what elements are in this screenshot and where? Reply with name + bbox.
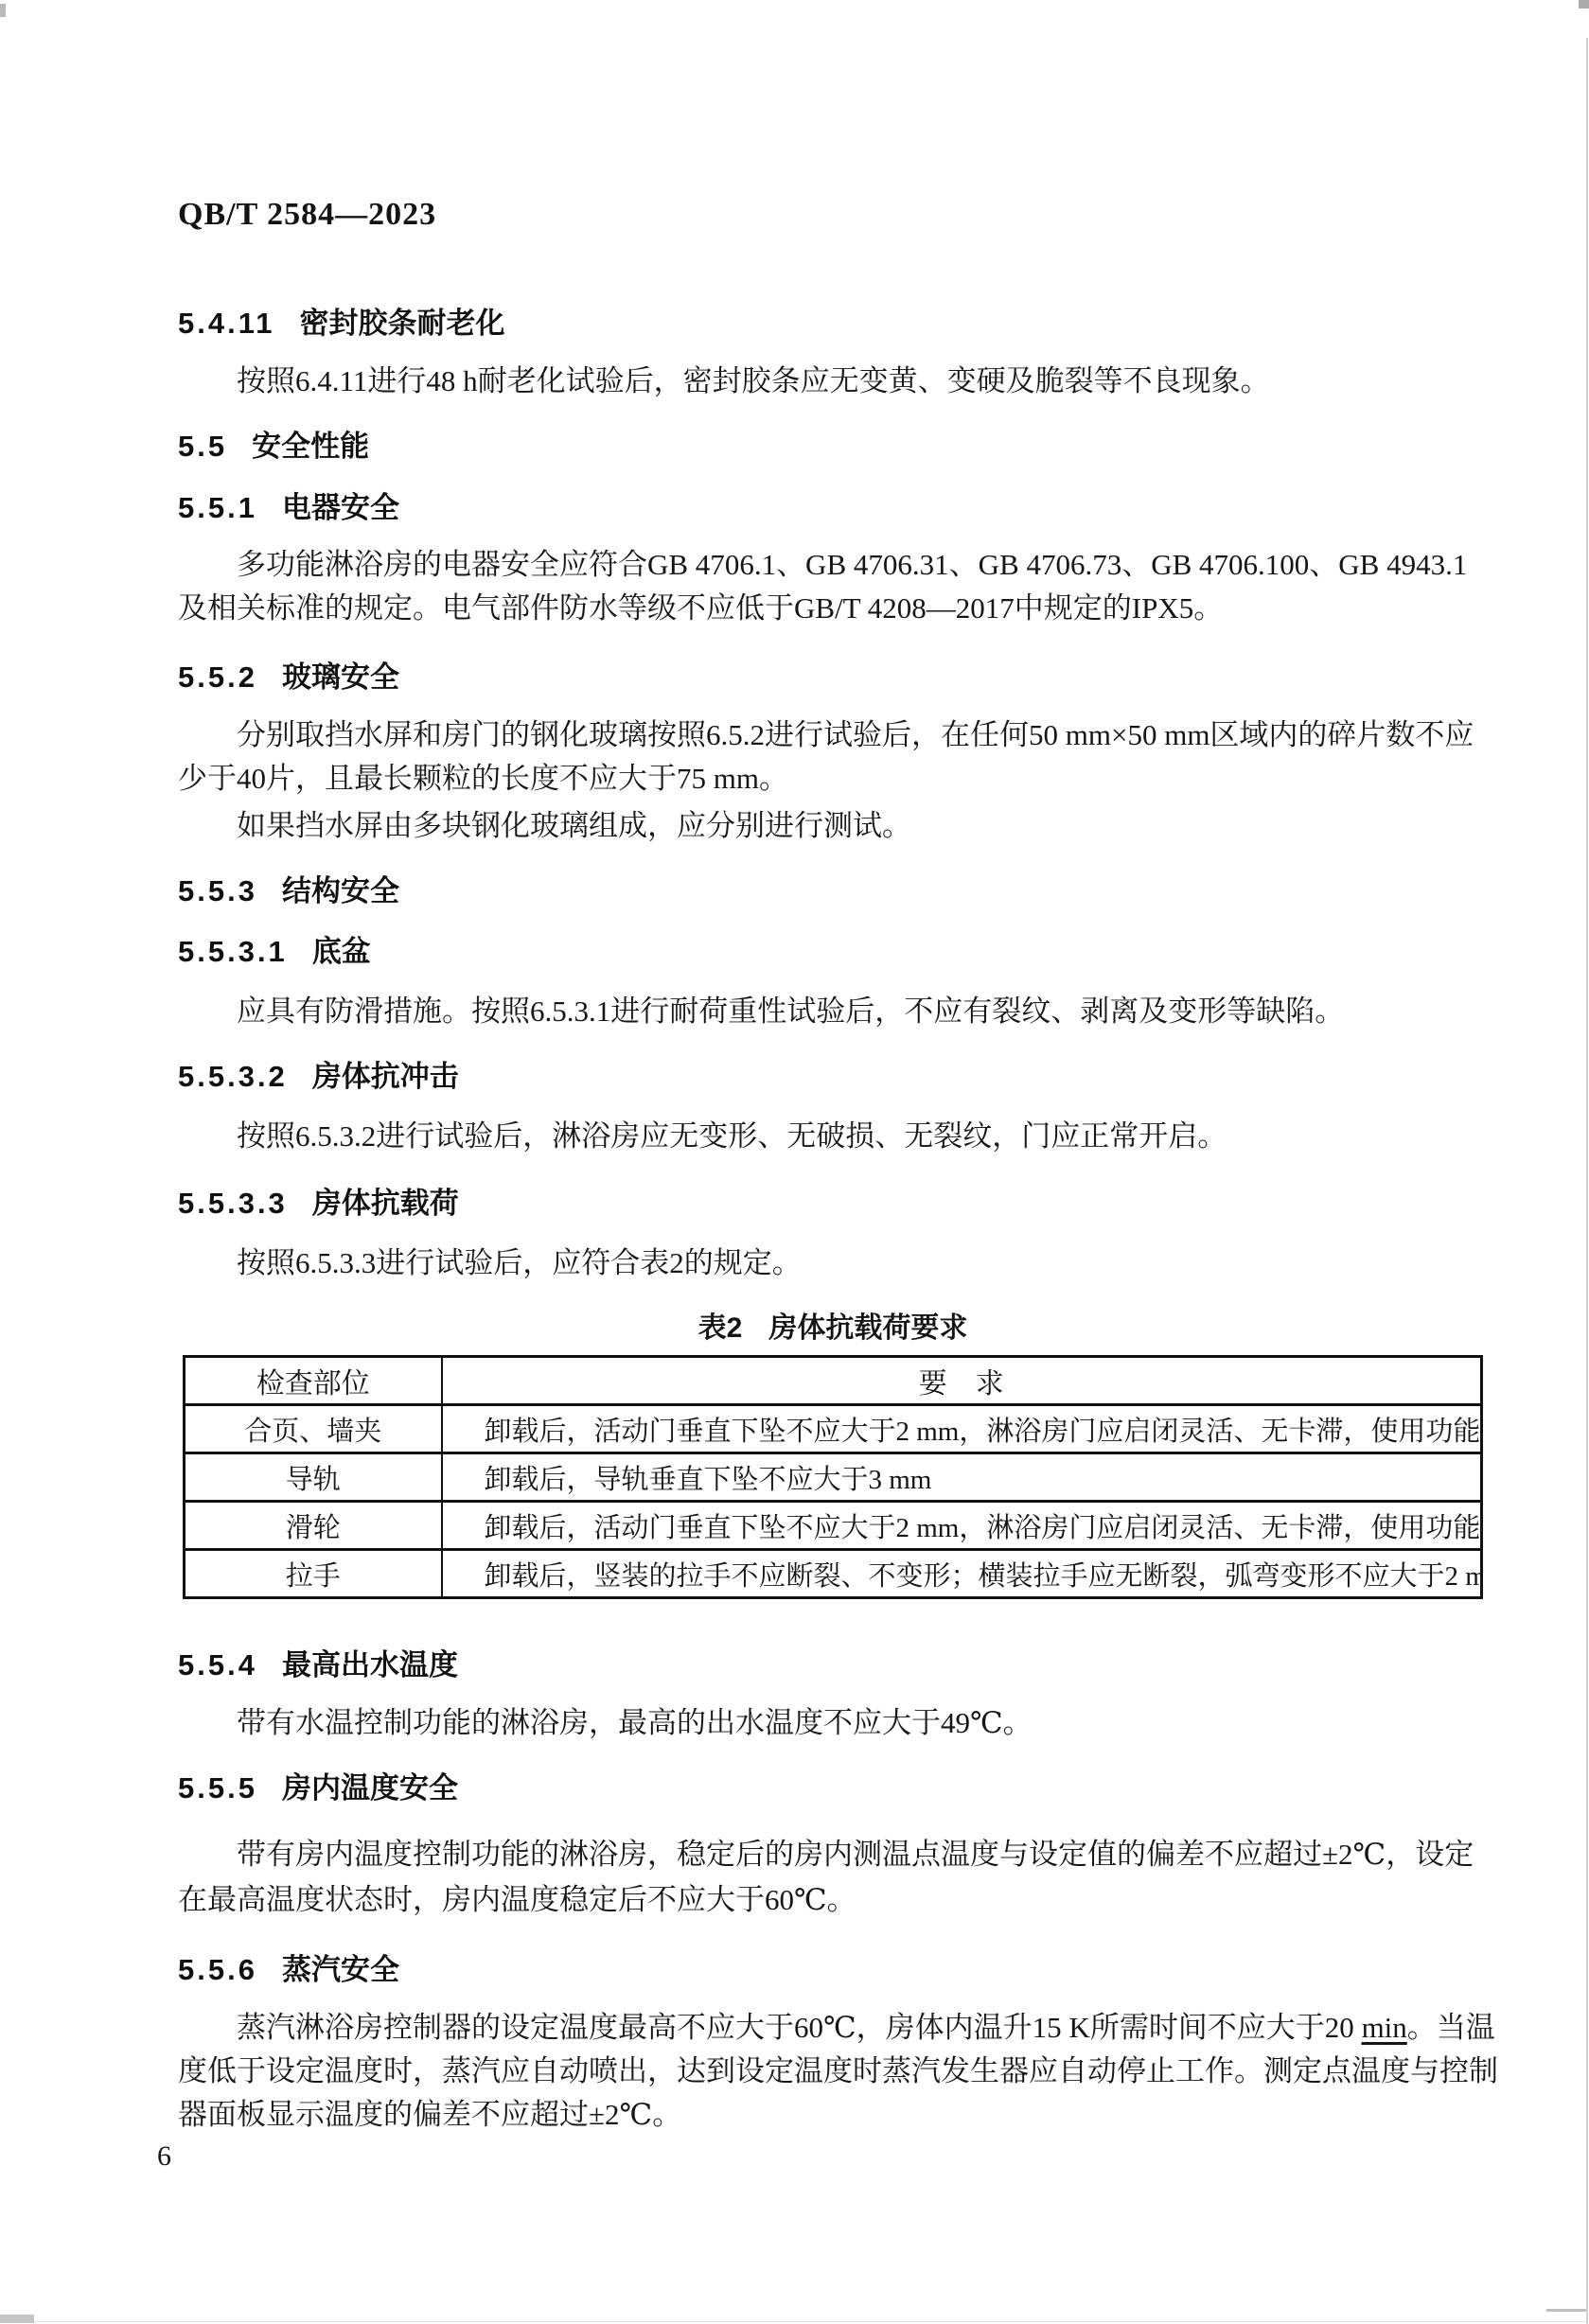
paragraph-5-5-3-1: 应具有防滑措施。按照6.5.3.1进行耐荷重性试验后，不应有裂纹、剥离及变形等缺… <box>178 990 1344 1033</box>
heading-5-5-3-1: 5.5.3.1底盆 <box>178 927 371 970</box>
heading-number: 5.5.3.2 <box>178 1060 288 1093</box>
paragraph-line: 带有水温控制功能的淋浴房，最高的出水温度不应大于49℃。 <box>178 1701 1033 1745</box>
scan-artifact-bottom-right <box>1546 2309 1586 2312</box>
paragraph-line: 带有房内温度控制功能的淋浴房，稳定后的房内测温点温度与设定值的偏差不应超过±2℃… <box>178 1832 1474 1877</box>
paragraph-line: 少于40片，且最长颗粒的长度不应大于75 mm。 <box>178 757 1474 801</box>
heading-5-5-3: 5.5.3结构安全 <box>178 867 399 909</box>
paragraph-line: 如果挡水屏由多块钢化玻璃组成，应分别进行测试。 <box>178 804 911 848</box>
scan-artifact-top-left <box>0 4 6 17</box>
heading-5-5-6: 5.5.6蒸汽安全 <box>178 1945 399 1988</box>
heading-number: 5.5.2 <box>178 660 257 694</box>
heading-number: 5.5.1 <box>178 491 257 524</box>
table2-header-part: 检查部位 <box>185 1357 442 1405</box>
table2-part-cell: 合页、墙夹 <box>185 1405 442 1453</box>
paragraph-line: 器面板显示温度的偏差不应超过±2℃。 <box>178 2093 1498 2137</box>
table2-requirement-cell: 卸载后，活动门垂直下坠不应大于2 mm，淋浴房门应启闭灵活、无卡滞，使用功能应正… <box>442 1502 1482 1550</box>
paragraph-line: 按照6.5.3.3进行试验后，应符合表2的规定。 <box>178 1241 802 1285</box>
paragraph-5-5-6: 蒸汽淋浴房控制器的设定温度最高不应大于60℃，房体内温升15 K所需时间不应大于… <box>178 2006 1498 2137</box>
standard-code-header: QB/T 2584—2023 <box>178 197 436 233</box>
heading-5-5-3-2: 5.5.3.2房体抗冲击 <box>178 1052 459 1095</box>
heading-number: 5.5.3.3 <box>178 1187 288 1220</box>
heading-5-5-1: 5.5.1电器安全 <box>178 484 399 526</box>
paragraph-line: 在最高温度状态时，房内温度稳定后不应大于60℃。 <box>178 1877 1474 1923</box>
paragraph-5-5-3-2: 按照6.5.3.2进行试验后，淋浴房应无变形、无破损、无裂纹，门应正常开启。 <box>178 1115 1227 1158</box>
heading-5-5-5: 5.5.5房内温度安全 <box>178 1764 458 1806</box>
paragraph-5-5-4: 带有水温控制功能的淋浴房，最高的出水温度不应大于49℃。 <box>178 1701 1033 1745</box>
paragraph-line: 蒸汽淋浴房控制器的设定温度最高不应大于60℃，房体内温升15 K所需时间不应大于… <box>178 2006 1498 2050</box>
table2-requirement-cell: 卸载后，导轨垂直下坠不应大于3 mm <box>442 1453 1482 1502</box>
underlined-unit-min: min <box>1362 2011 1407 2044</box>
table2-header-row: 检查部位 要 求 <box>185 1357 1482 1405</box>
paragraph-5-5-2a: 分别取挡水屏和房门的钢化玻璃按照6.5.2进行试验后，在任何50 mm×50 m… <box>178 713 1474 801</box>
heading-number: 5.5.5 <box>178 1771 257 1805</box>
paragraph-segment: 蒸汽淋浴房控制器的设定温度最高不应大于60℃，房体内温升15 K所需时间不应大于… <box>237 2011 1362 2044</box>
paragraph-line: 度低于设定温度时，蒸汽应自动喷出，达到设定温度时蒸汽发生器应自动停止工作。测定点… <box>178 2050 1498 2093</box>
table2-requirement-cell: 卸载后，活动门垂直下坠不应大于2 mm，淋浴房门应启闭灵活、无卡滞，使用功能应正… <box>442 1405 1482 1453</box>
table2-part-cell: 导轨 <box>185 1453 442 1502</box>
table2-header-requirement: 要 求 <box>442 1357 1482 1405</box>
paragraph-5-5-1: 多功能淋浴房的电器安全应符合GB 4706.1、GB 4706.31、GB 47… <box>178 543 1467 630</box>
scanned-document-page: { "page": { "standard_code": "QB/T 2584—… <box>0 0 1589 2324</box>
paragraph-5-5-2b: 如果挡水屏由多块钢化玻璃组成，应分别进行测试。 <box>178 804 911 848</box>
heading-number: 5.5 <box>178 430 227 463</box>
paragraph-5-4-11: 按照6.4.11进行48 h耐老化试验后，密封胶条应无变黄、变硬及脆裂等不良现象… <box>178 360 1270 403</box>
heading-number: 5.5.6 <box>178 1953 257 1986</box>
heading-number: 5.5.3.1 <box>178 935 288 968</box>
heading-5-5-3-3: 5.5.3.3房体抗载荷 <box>178 1179 459 1222</box>
table2-part-cell: 拉手 <box>185 1550 442 1598</box>
paragraph-line: 按照6.5.3.2进行试验后，淋浴房应无变形、无破损、无裂纹，门应正常开启。 <box>178 1115 1227 1158</box>
scan-artifact-top-right <box>1579 0 1589 9</box>
heading-5-4-11: 5.4.11密封胶条耐老化 <box>178 299 504 342</box>
table2-caption-label: 表2 <box>698 1312 743 1344</box>
page-number: 6 <box>157 2140 171 2173</box>
heading-title: 安全性能 <box>252 430 369 463</box>
paragraph-line: 应具有防滑措施。按照6.5.3.1进行耐荷重性试验后，不应有裂纹、剥离及变形等缺… <box>178 990 1344 1033</box>
paragraph-5-5-3-3: 按照6.5.3.3进行试验后，应符合表2的规定。 <box>178 1241 802 1285</box>
heading-number: 5.4.11 <box>178 307 274 340</box>
table2-requirement-cell: 卸载后，竖装的拉手不应断裂、不变形；横装拉手应无断裂，弧弯变形不应大于2 mm <box>442 1550 1482 1598</box>
table2-caption-title: 房体抗载荷要求 <box>768 1312 967 1344</box>
heading-title: 蒸汽安全 <box>282 1953 399 1986</box>
table-row: 拉手 卸载后，竖装的拉手不应断裂、不变形；横装拉手应无断裂，弧弯变形不应大于2 … <box>185 1550 1482 1598</box>
table-row: 滑轮 卸载后，活动门垂直下坠不应大于2 mm，淋浴房门应启闭灵活、无卡滞，使用功… <box>185 1502 1482 1550</box>
heading-5-5-2: 5.5.2玻璃安全 <box>178 653 399 695</box>
heading-title: 房体抗冲击 <box>312 1060 459 1093</box>
table2: 检查部位 要 求 合页、墙夹 卸载后，活动门垂直下坠不应大于2 mm，淋浴房门应… <box>183 1355 1483 1599</box>
heading-title: 密封胶条耐老化 <box>299 307 504 340</box>
paragraph-line: 按照6.4.11进行48 h耐老化试验后，密封胶条应无变黄、变硬及脆裂等不良现象… <box>178 360 1270 403</box>
heading-title: 房体抗载荷 <box>312 1187 459 1220</box>
paragraph-5-5-5: 带有房内温度控制功能的淋浴房，稳定后的房内测温点温度与设定值的偏差不应超过±2℃… <box>178 1832 1474 1923</box>
heading-title: 底盆 <box>312 935 371 968</box>
paragraph-line: 分别取挡水屏和房门的钢化玻璃按照6.5.2进行试验后，在任何50 mm×50 m… <box>178 713 1474 757</box>
paragraph-line: 及相关标准的规定。电气部件防水等级不应低于GB/T 4208—2017中规定的I… <box>178 587 1467 630</box>
table2-part-cell: 滑轮 <box>185 1502 442 1550</box>
heading-title: 房内温度安全 <box>282 1771 458 1805</box>
heading-title: 电器安全 <box>282 491 399 524</box>
paragraph-line: 多功能淋浴房的电器安全应符合GB 4706.1、GB 4706.31、GB 47… <box>178 543 1467 587</box>
heading-title: 玻璃安全 <box>282 660 399 694</box>
scan-artifact-right-edge <box>1586 38 1588 2324</box>
table-row: 导轨 卸载后，导轨垂直下坠不应大于3 mm <box>185 1453 1482 1502</box>
heading-number: 5.5.3 <box>178 874 257 907</box>
paragraph-segment: 。当温 <box>1407 2011 1495 2044</box>
heading-title: 最高出水温度 <box>282 1648 458 1681</box>
table-row: 合页、墙夹 卸载后，活动门垂直下坠不应大于2 mm，淋浴房门应启闭灵活、无卡滞，… <box>185 1405 1482 1453</box>
scan-artifact-bottom-left <box>0 2315 34 2323</box>
table2-caption: 表2房体抗载荷要求 <box>183 1304 1483 1346</box>
heading-title: 结构安全 <box>282 874 399 907</box>
heading-number: 5.5.4 <box>178 1648 257 1681</box>
heading-5-5: 5.5安全性能 <box>178 422 369 465</box>
scan-artifact-bottom-edge <box>0 2321 1589 2322</box>
heading-5-5-4: 5.5.4最高出水温度 <box>178 1641 458 1683</box>
